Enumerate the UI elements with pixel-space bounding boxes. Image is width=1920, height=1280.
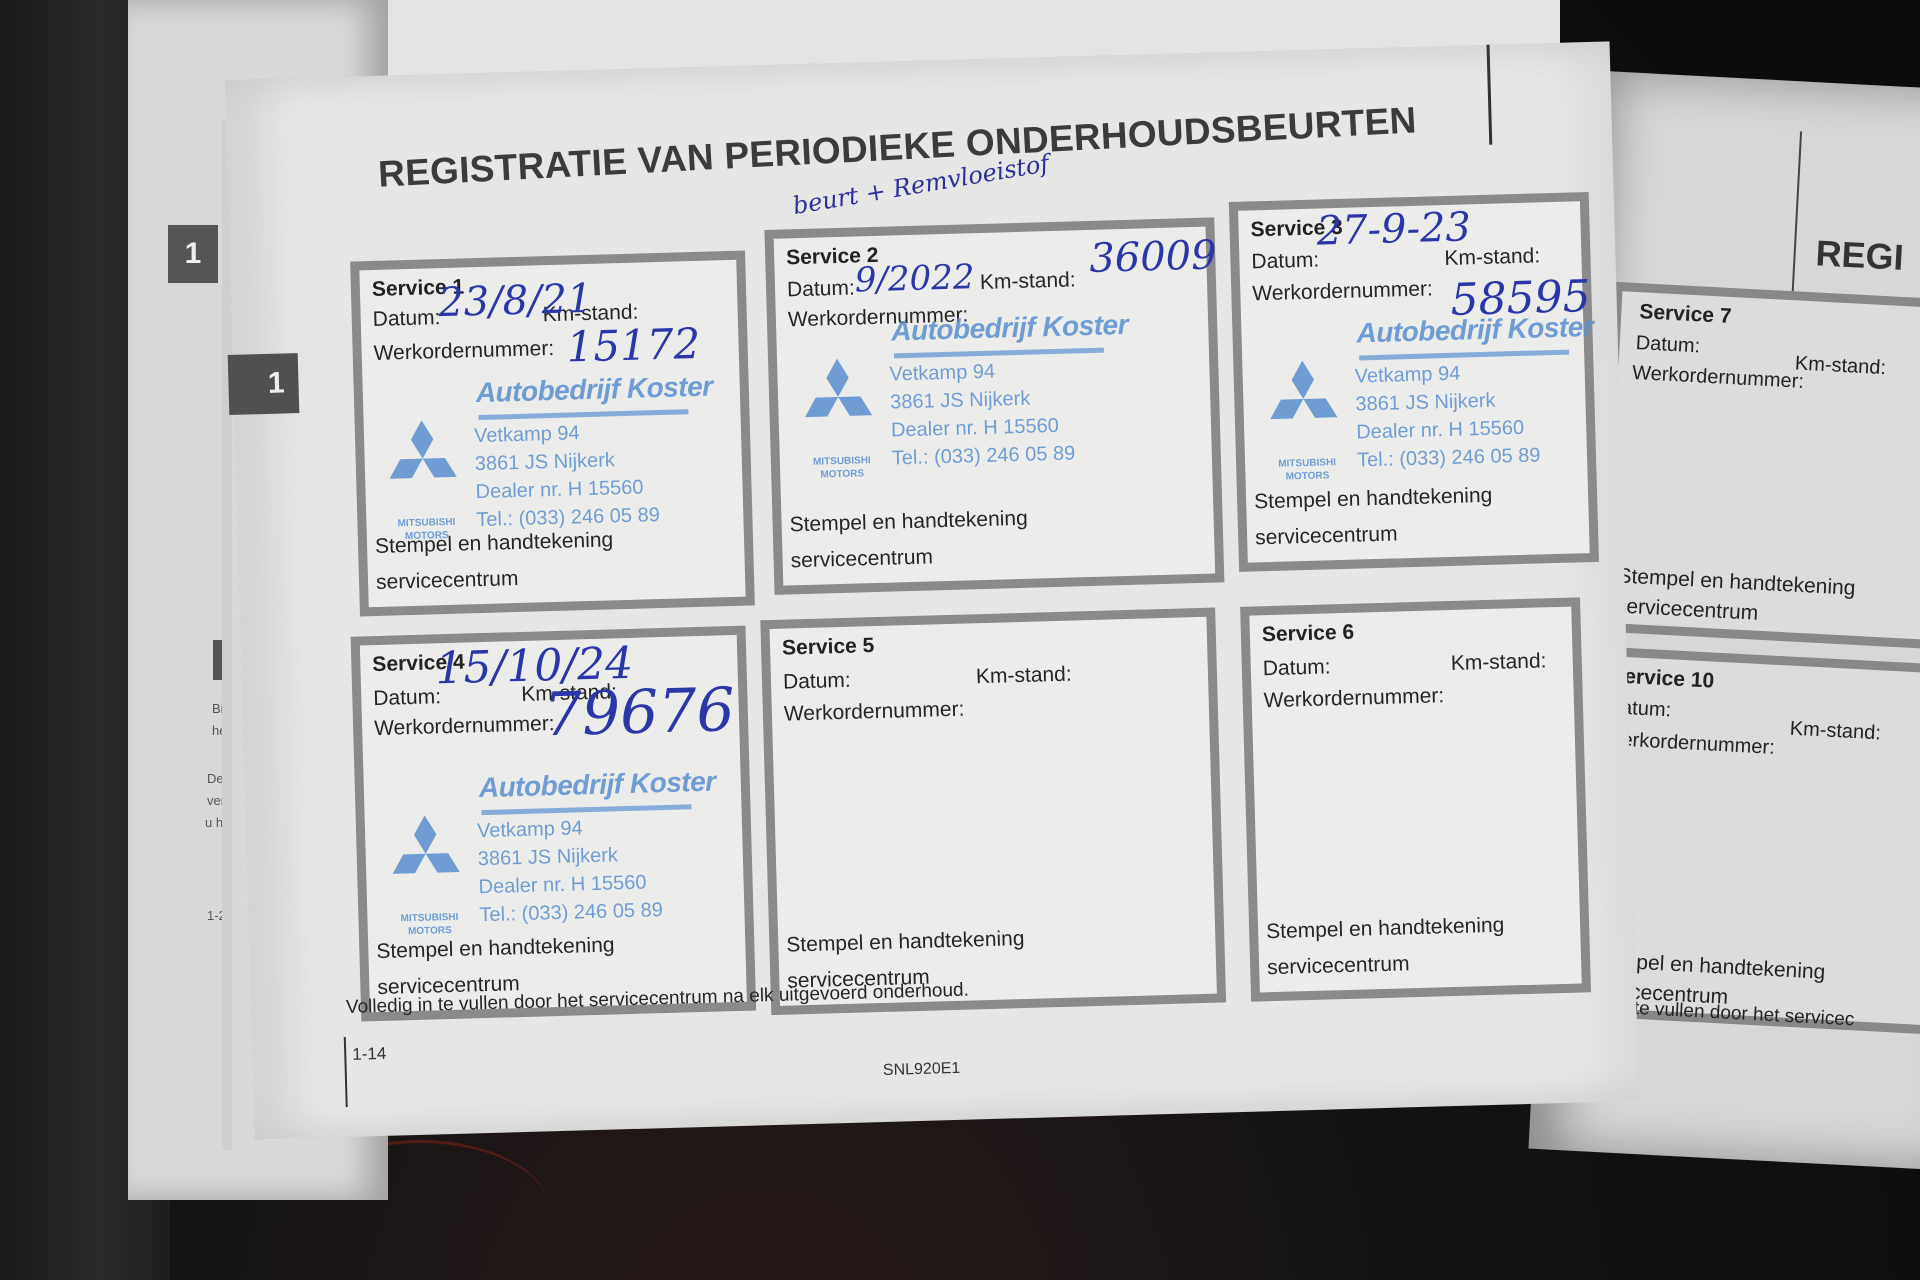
stamp-brand: MITSUBISHI MOTORS [1267, 456, 1348, 484]
stamp-company: Autobedrijf Koster [475, 371, 713, 410]
km-label: Km-stand: [976, 663, 1072, 690]
km-label: Km-stand: [980, 268, 1076, 295]
date-label: Datum: [372, 306, 440, 332]
mitsubishi-logo-icon: MITSUBISHI MOTORS [385, 813, 468, 925]
date-label: Datum: [1635, 332, 1701, 358]
stamp-city: 3861 JS Nijkerk [890, 388, 1031, 415]
signature-label: Stempel en handtekening servicecentrum [1615, 561, 1856, 633]
km-label: Km-stand: [1789, 718, 1881, 746]
signature-label-line1: Stempel en handtekening [786, 921, 1025, 964]
date-label: Datum: [1251, 249, 1319, 275]
stamp-phone: Tel.: (033) 246 05 89 [1357, 444, 1541, 472]
service-box-2: Service 2 Datum: Km-stand: Werkordernumm… [764, 217, 1224, 594]
order-label: Werkordernummer: [1263, 684, 1444, 713]
km-label: Km-stand: [1794, 352, 1886, 380]
date-label: Datum: [787, 277, 855, 303]
service-box-5: Service 5 Datum: Km-stand: Werkordernumm… [760, 608, 1226, 1016]
signature-label-line1: Stempel en handtekening [375, 522, 614, 565]
signature-label-line1: Stempel en handtekening [1266, 908, 1505, 951]
service-box-4: Service 4 Datum: Km-stand: Werkordernumm… [351, 626, 757, 1022]
handwritten-date: 9/2022 [854, 257, 975, 300]
stamp-dealer: Dealer nr. H 15560 [891, 415, 1059, 443]
right-page-title-bar [1792, 131, 1802, 291]
signature-label: Stempel en handtekening servicecentrum [375, 522, 615, 601]
service-box-7: Service 7 Datum: Km-stand: Werkordernumm… [1596, 282, 1920, 652]
order-label: Werkordernummer: [1632, 362, 1805, 394]
handwritten-order-number: 15172 [566, 319, 701, 372]
page-number-bar [344, 1037, 348, 1107]
order-label: Werkordernummer: [784, 698, 965, 727]
stamp-dealer: Dealer nr. H 15560 [1356, 417, 1524, 445]
handwritten-date: 27-9-23 [1316, 204, 1472, 254]
signature-label: Stempel en handtekening servicecentrum [1266, 908, 1506, 987]
signature-label: Stempel en handtekening servicecentrum [1254, 478, 1494, 557]
stamp-underline [1359, 350, 1569, 361]
signature-label-line2: servicecentrum [1267, 944, 1506, 987]
stamp-company: Autobedrijf Koster [478, 766, 716, 805]
signature-label: Stempel en handtekening servicecentrum [789, 501, 1029, 580]
service-box-6: Service 6 Datum: Km-stand: Werkordernumm… [1240, 597, 1591, 1001]
order-label: Werkordernummer: [373, 337, 554, 366]
order-label: Werkordernummer: [1252, 277, 1433, 306]
signature-label-line1: Stempel en handtekening [1254, 478, 1493, 521]
stamp-city: 3861 JS Nijkerk [475, 449, 616, 476]
stamp-phone: Tel.: (033) 246 05 89 [479, 899, 663, 927]
stamp-underline [481, 804, 691, 815]
right-page-title: REGI [1815, 232, 1905, 279]
date-label: Datum: [373, 685, 441, 711]
handwritten-km: 79676 [543, 675, 736, 750]
mitsubishi-logo-icon: MITSUBISHI MOTORS [1262, 358, 1345, 470]
stamp-company: Autobedrijf Koster [1356, 311, 1594, 350]
mitsubishi-logo-icon: MITSUBISHI MOTORS [382, 418, 465, 530]
mitsubishi-logo-icon: MITSUBISHI MOTORS [797, 356, 880, 468]
stamp-street: Vetkamp 94 [477, 817, 583, 843]
stamp-street: Vetkamp 94 [889, 361, 995, 387]
stamp-dealer: Dealer nr. H 15560 [478, 872, 646, 900]
service-title: Service 5 [782, 634, 875, 661]
stamp-underline [478, 409, 688, 420]
stamp-street: Vetkamp 94 [1354, 363, 1460, 389]
page-number: 1-14 [352, 1044, 387, 1065]
document-code: SNL920E1 [883, 1060, 961, 1080]
stamp-phone: Tel.: (033) 246 05 89 [892, 442, 1076, 470]
title-bar [1487, 45, 1493, 145]
service-title: Service 6 [1262, 621, 1355, 648]
service-booklet-page: 1 REGISTRATIE VAN PERIODIEKE ONDERHOUDSB… [225, 41, 1639, 1139]
date-label: Datum: [1263, 655, 1331, 681]
chapter-tab: 1 [228, 353, 300, 415]
signature-label-line2: servicecentrum [1255, 514, 1494, 557]
km-label: Km-stand: [1450, 649, 1546, 676]
service-box-3: Service 3 Datum: Km-stand: Werkordernumm… [1229, 192, 1599, 572]
signature-label-line2: servicecentrum [376, 558, 615, 601]
order-label: Werkordernummer: [374, 712, 555, 741]
stamp-city: 3861 JS Nijkerk [1355, 390, 1496, 417]
back-page-chapter-tab: 1 [168, 225, 218, 283]
stamp-underline [894, 348, 1104, 359]
stamp-brand: MITSUBISHI MOTORS [802, 454, 883, 482]
signature-label-line1: Stempel en handtekening [789, 501, 1028, 544]
stamp-dealer: Dealer nr. H 15560 [475, 476, 643, 504]
service-box-1: Service 1 Datum: Km-stand: Werkordernumm… [350, 251, 755, 617]
signature-label-line2: servicecentrum [790, 537, 1029, 580]
signature-label-line1: Stempel en handtekening [376, 927, 615, 970]
handwritten-km: 36009 [1089, 232, 1217, 282]
handwritten-date: 23/8/21 [438, 276, 593, 326]
stamp-street: Vetkamp 94 [474, 422, 580, 448]
stamp-city: 3861 JS Nijkerk [478, 844, 619, 871]
stamp-company: Autobedrijf Koster [891, 309, 1129, 348]
back-page-text: u h [205, 812, 223, 833]
service-title: Service 7 [1639, 300, 1732, 329]
date-label: Datum: [783, 669, 851, 695]
